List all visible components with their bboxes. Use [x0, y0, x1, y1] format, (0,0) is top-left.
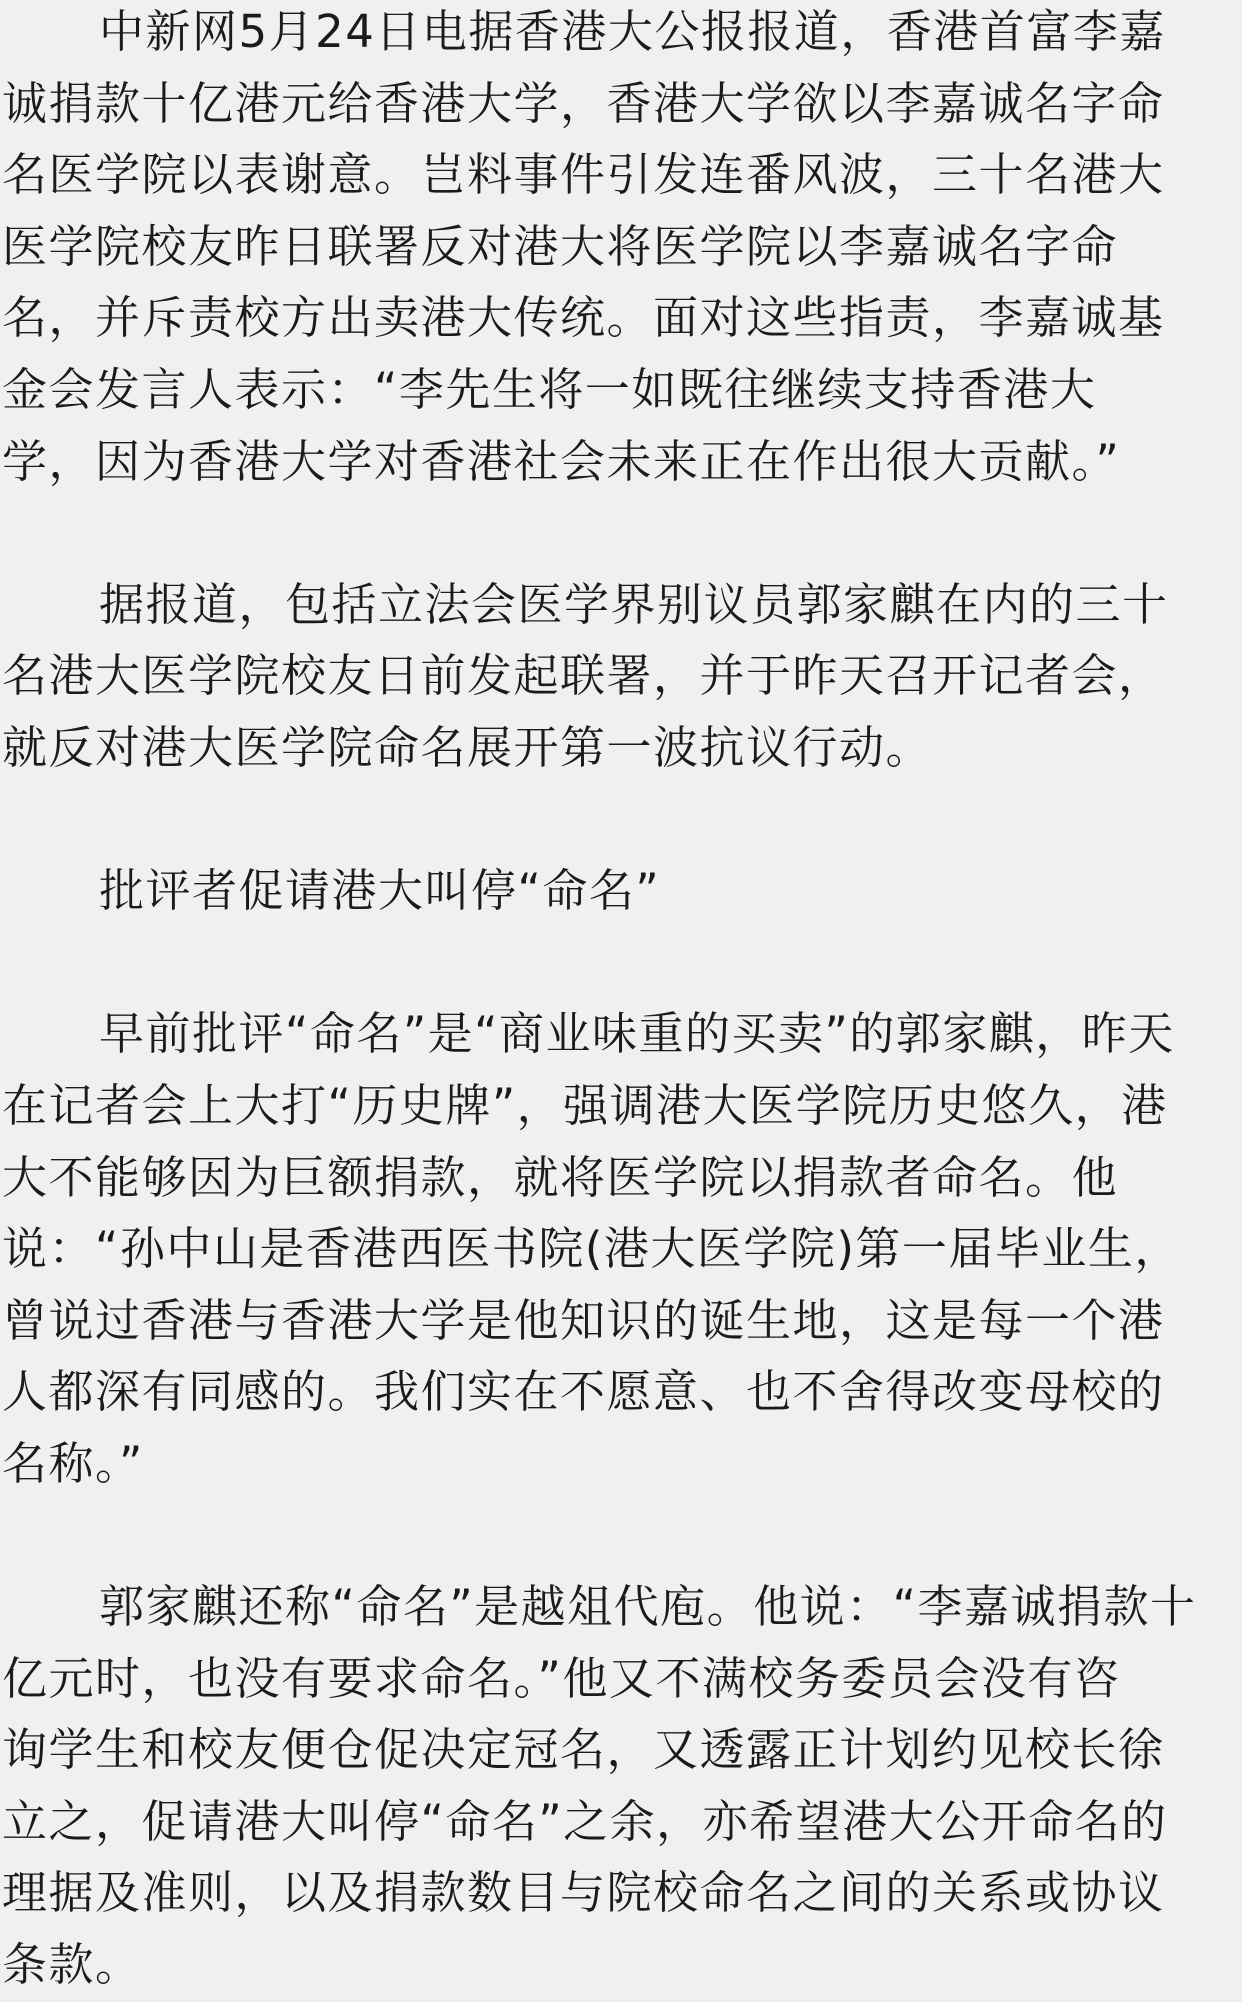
text-line: 理据及准则，以及捐款数目与院校命名之间的关系或协议 [2, 1857, 1242, 1929]
paragraph-critic: 早前批评“命名”是“商业味重的买卖”的郭家麒，昨天 在记者会上大打“历史牌”，强… [2, 998, 1242, 1499]
subheading: 批评者促请港大叫停“命名” [2, 855, 1242, 927]
text-line: 名港大医学院校友日前发起联署，并于昨天召开记者会， [2, 640, 1242, 712]
text-line: 就反对港大医学院命名展开第一波抗议行动。 [2, 712, 1242, 784]
paragraph-closing: 郭家麒还称“命名”是越俎代庖。他说：“李嘉诚捐款十 亿元时，也没有要求命名。”他… [2, 1571, 1242, 2001]
text-line: 条款。 [2, 1929, 1242, 2001]
paragraph-report: 据报道，包括立法会医学界别议员郭家麒在内的三十 名港大医学院校友日前发起联署，并… [2, 569, 1242, 784]
article-body: 中新网5月24日电据香港大公报报道，香港首富李嘉 诚捐款十亿港元给香港大学，香港… [2, 0, 1242, 2001]
paragraph-spacer [2, 784, 1242, 856]
text-line: 立之，促请港大叫停“命名”之余，亦希望港大公开命名的 [2, 1786, 1242, 1858]
text-line: 亿元时，也没有要求命名。”他又不满校务委员会没有咨 [2, 1643, 1242, 1715]
text-line: 人都深有同感的。我们实在不愿意、也不舍得改变母校的 [2, 1356, 1242, 1428]
text-line: 早前批评“命名”是“商业味重的买卖”的郭家麒，昨天 [2, 998, 1242, 1070]
text-line: 在记者会上大打“历史牌”，强调港大医学院历史悠久，港 [2, 1070, 1242, 1142]
paragraph-spacer [2, 927, 1242, 999]
text-line: 诚捐款十亿港元给香港大学，香港大学欲以李嘉诚名字命 [2, 68, 1242, 140]
text-line: 中新网5月24日电据香港大公报报道，香港首富李嘉 [2, 0, 1242, 68]
text-line: 询学生和校友便仓促决定冠名，又透露正计划约见校长徐 [2, 1714, 1242, 1786]
text-line: 说：“孙中山是香港西医书院(港大医学院)第一届毕业生， [2, 1213, 1242, 1285]
paragraph-spacer [2, 1499, 1242, 1571]
text-line: 曾说过香港与香港大学是他知识的诞生地，这是每一个港 [2, 1285, 1242, 1357]
text-line: 据报道，包括立法会医学界别议员郭家麒在内的三十 [2, 569, 1242, 641]
text-line: 医学院校友昨日联署反对港大将医学院以李嘉诚名字命 [2, 211, 1242, 283]
text-line: 金会发言人表示：“李先生将一如既往继续支持香港大 [2, 354, 1242, 426]
subheading-text: 批评者促请港大叫停“命名” [2, 855, 1242, 927]
text-line: 郭家麒还称“命名”是越俎代庖。他说：“李嘉诚捐款十 [2, 1571, 1242, 1643]
text-line: 名，并斥责校方出卖港大传统。面对这些指责，李嘉诚基 [2, 282, 1242, 354]
text-line: 大不能够因为巨额捐款，就将医学院以捐款者命名。他 [2, 1142, 1242, 1214]
text-line: 名称。” [2, 1428, 1242, 1500]
text-line: 名医学院以表谢意。岂料事件引发连番风波，三十名港大 [2, 139, 1242, 211]
paragraph-spacer [2, 497, 1242, 569]
text-line: 学，因为香港大学对香港社会未来正在作出很大贡献。” [2, 426, 1242, 498]
paragraph-intro: 中新网5月24日电据香港大公报报道，香港首富李嘉 诚捐款十亿港元给香港大学，香港… [2, 0, 1242, 497]
